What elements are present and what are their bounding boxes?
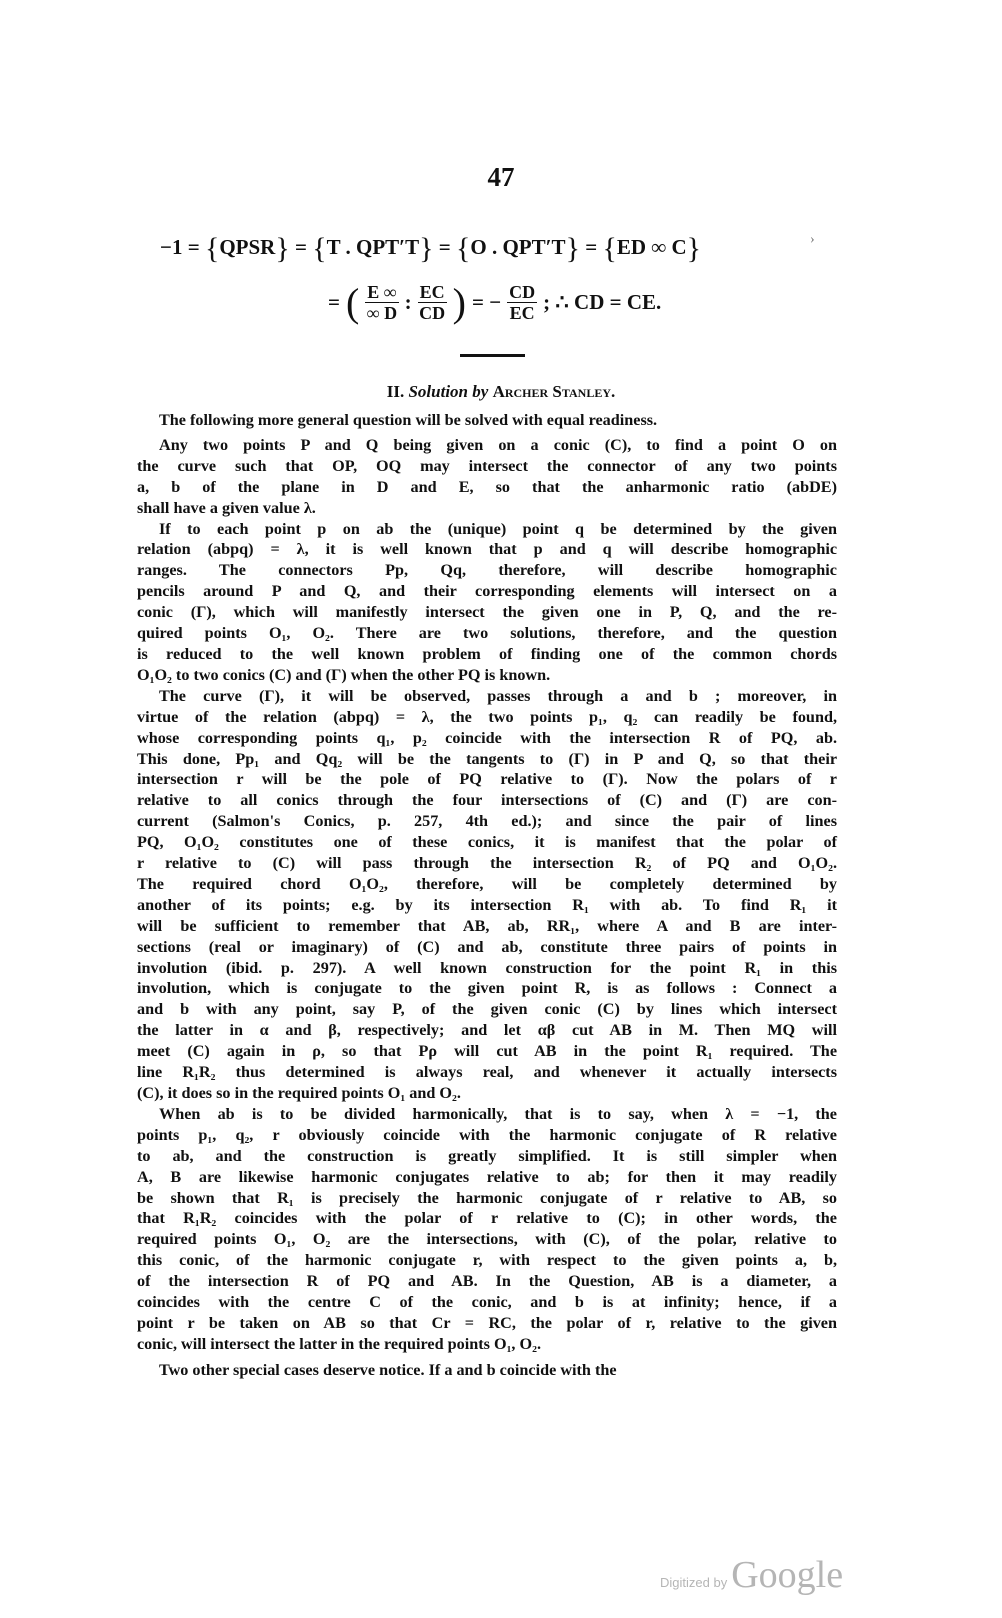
text-line: sections (real or imaginary) of (C) and … (137, 937, 837, 958)
eq-equals: = (295, 235, 307, 259)
paragraph: The following more general question will… (137, 410, 837, 431)
text-line: current (Salmon's Conics, p. 257, 4th ed… (137, 811, 837, 832)
text-line: When ab is to be divided harmonically, t… (137, 1104, 837, 1125)
denominator: CD (419, 303, 445, 323)
eq-term: ED ∞ C (617, 235, 687, 259)
text-line: meet (C) again in ρ, so that Pρ will cut… (137, 1041, 837, 1062)
text-line: PQ, O₁O₂ constitutes one of these conics… (137, 832, 837, 853)
numerator: CD (507, 282, 537, 303)
text-line: involution, which is conjugate to the gi… (137, 978, 837, 999)
section-numeral: II. (387, 382, 404, 401)
eq-equals-minus: = − (472, 290, 501, 315)
text-line: of the intersection R of PQ and AB. In t… (137, 1271, 837, 1292)
text-line: quired points O₁, O₂. There are two solu… (137, 623, 837, 644)
text-line: The curve (Γ), it will be observed, pass… (137, 686, 837, 707)
text-line: r relative to (C) will pass through the … (137, 853, 837, 874)
text-line: that R₁R₂ coincides with the polar of r … (137, 1208, 837, 1229)
text-line: The required chord O₁O₂, therefore, will… (137, 874, 837, 895)
text-line: If to each point p on ab the (unique) po… (137, 519, 837, 540)
text-line: intersection r will be the pole of PQ re… (137, 769, 837, 790)
eq-equals: = (439, 235, 451, 259)
text-line: line R₁R₂ thus determined is always real… (137, 1062, 837, 1083)
fraction: EC CD (418, 282, 447, 323)
digitized-by-google-watermark: Digitized by Google (660, 1553, 843, 1597)
text-line: whose corresponding points q₁, p₂ coinci… (137, 728, 837, 749)
body-text: The following more general question will… (137, 410, 837, 1381)
eq-lhs: −1 = (160, 235, 200, 259)
eq-equals: = (328, 290, 340, 315)
eq-term: O . QPT′T (470, 235, 565, 259)
numerator: E ∞ (365, 282, 398, 303)
equation-line-1: −1 = {QPSR} = {T . QPT′T} = {O . QPT′T} … (160, 232, 701, 266)
denominator: EC (510, 303, 535, 323)
text-line: relation (abpq) = λ, it is well known th… (137, 539, 837, 560)
paragraph: Two other special cases deserve notice. … (137, 1360, 837, 1381)
numerator: EC (418, 282, 447, 303)
eq-term: QPSR (219, 235, 275, 259)
text-line: point r be taken on AB so that Cr = RC, … (137, 1313, 837, 1334)
text-line: the curve such that OP, OQ may intersect… (137, 456, 837, 477)
text-line: A, B are likewise harmonic conjugates re… (137, 1167, 837, 1188)
paragraph: The curve (Γ), it will be observed, pass… (137, 686, 837, 1104)
equation-line-2: = ( E ∞ ∞ D : EC CD ) = − CD EC ; ∴ CD =… (328, 282, 661, 323)
text-line: conic, will intersect the latter in the … (137, 1334, 837, 1355)
text-line: coincides with the centre C of the conic… (137, 1292, 837, 1313)
section-author: Archer Stanley. (493, 382, 616, 401)
scan-mark: › (810, 232, 815, 248)
text-line: required points O₁, O₂ are the intersect… (137, 1229, 837, 1250)
text-line: another of its points; e.g. by its inter… (137, 895, 837, 916)
text-line: Any two points P and Q being given on a … (137, 435, 837, 456)
text-line: be shown that R₁ is precisely the harmon… (137, 1188, 837, 1209)
watermark-brand: Google (731, 1553, 843, 1597)
text-line: The following more general question will… (137, 410, 837, 431)
text-line: a, b of the plane in D and E, so that th… (137, 477, 837, 498)
text-line: this conic, of the harmonic conjugate r,… (137, 1250, 837, 1271)
eq-equals: = (585, 235, 597, 259)
eq-conclusion: ; ∴ CD = CE. (543, 290, 661, 315)
text-line: relative to all conics through the four … (137, 790, 837, 811)
fraction: E ∞ ∞ D (365, 282, 398, 323)
text-line: ranges. The connectors Pp, Qq, therefore… (137, 560, 837, 581)
text-line: pencils around P and Q, and their corres… (137, 581, 837, 602)
text-line: conic (Γ), which will manifestly interse… (137, 602, 837, 623)
text-line: will be sufficient to remember that AB, … (137, 916, 837, 937)
section-title: II. Solution by Archer Stanley. (0, 382, 1002, 402)
fraction: CD EC (507, 282, 537, 323)
paragraph: Any two points P and Q being given on a … (137, 435, 837, 519)
denominator: ∞ D (367, 303, 397, 323)
text-line: (C), it does so in the required points O… (137, 1083, 837, 1104)
paragraph: When ab is to be divided harmonically, t… (137, 1104, 837, 1355)
text-line: shall have a given value λ. (137, 498, 837, 519)
ratio-sep: : (405, 290, 412, 315)
section-divider (460, 354, 525, 357)
text-line: the latter in α and β, respectively; and… (137, 1020, 837, 1041)
section-italic: Solution by (408, 382, 488, 401)
text-line: and b with any point, say P, of the give… (137, 999, 837, 1020)
text-line: is reduced to the well known problem of … (137, 644, 837, 665)
eq-term: T . QPT′T (327, 235, 419, 259)
text-line: to ab, and the construction is greatly s… (137, 1146, 837, 1167)
text-line: O₁O₂ to two conics (C) and (Γ) when the … (137, 665, 837, 686)
watermark-prefix: Digitized by (660, 1575, 727, 1590)
text-line: This done, Pp₁ and Qq₂ will be the tange… (137, 749, 837, 770)
text-line: Two other special cases deserve notice. … (137, 1360, 837, 1381)
text-line: points p₁, q₂, r obviously coincide with… (137, 1125, 837, 1146)
text-line: virtue of the relation (abpq) = λ, the t… (137, 707, 837, 728)
paragraph: If to each point p on ab the (unique) po… (137, 519, 837, 686)
page-number: 47 (0, 162, 1002, 193)
text-line: involution (ibid. p. 297). A well known … (137, 958, 837, 979)
